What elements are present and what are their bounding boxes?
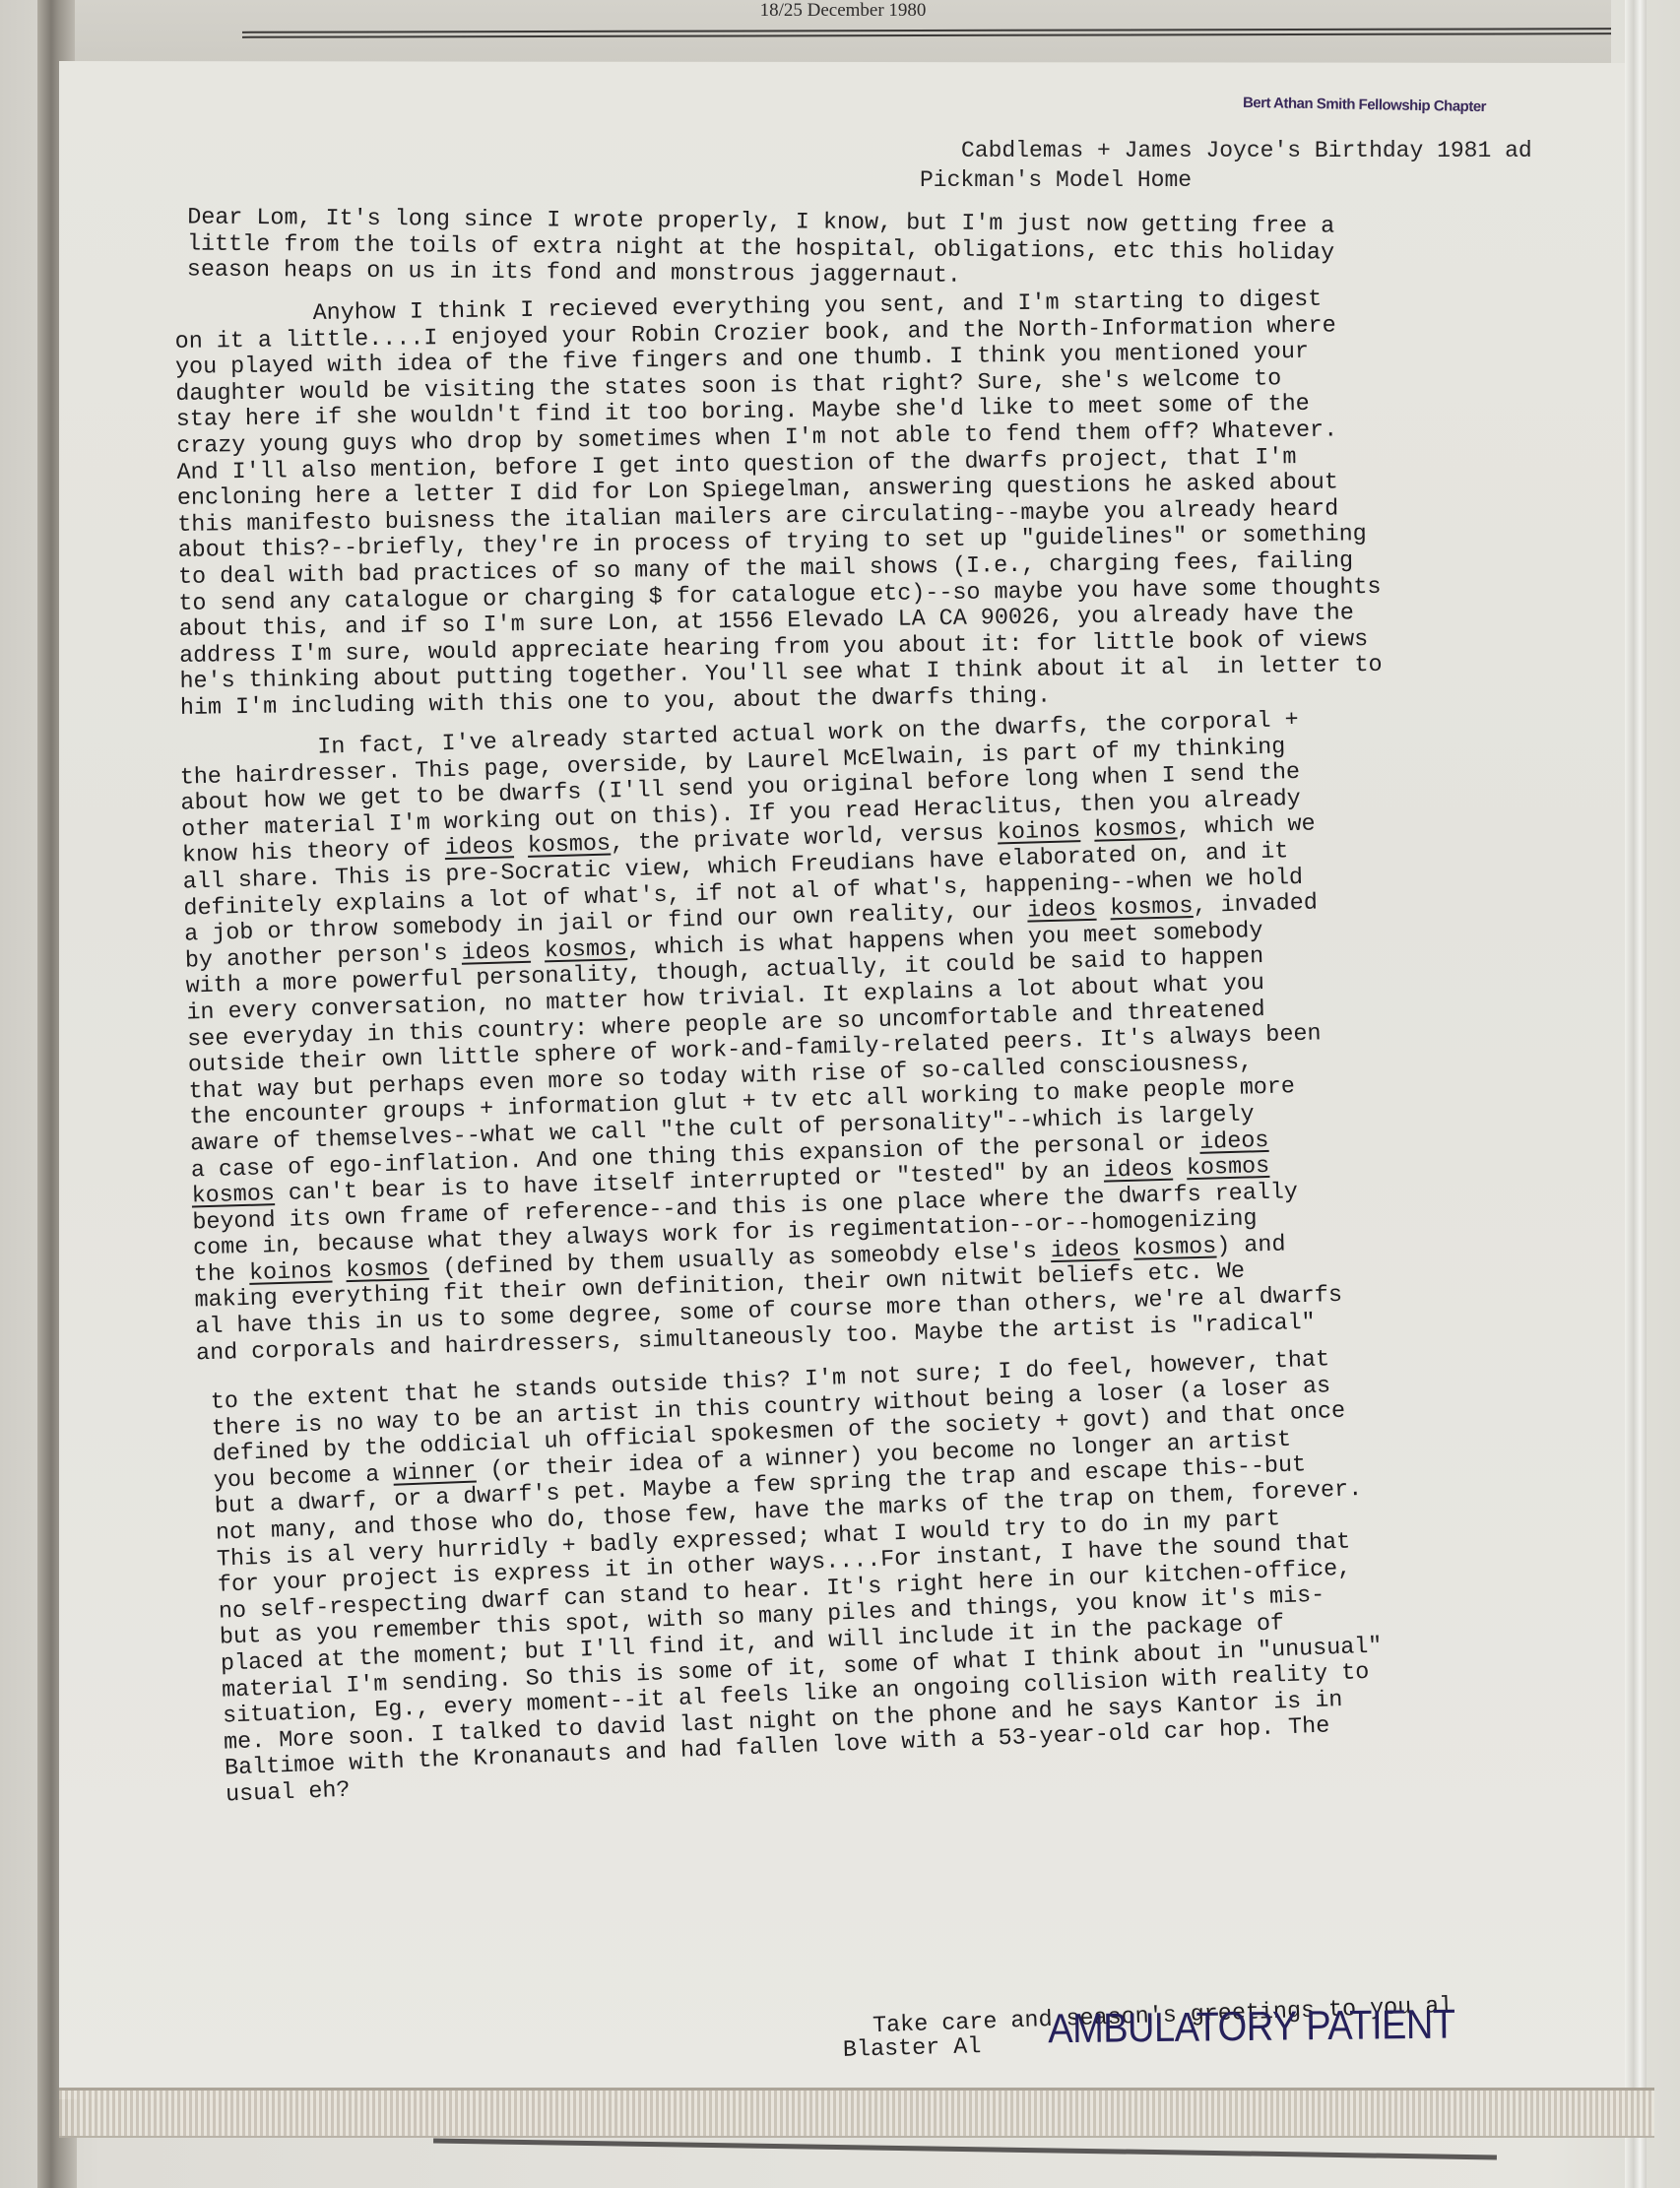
- text-segment: [1120, 1237, 1134, 1262]
- text-segment: , invaded: [1193, 891, 1318, 921]
- underlined-term: kosmos: [1094, 816, 1178, 844]
- underlined-term: kosmos: [527, 832, 611, 860]
- text-segment: [1096, 897, 1111, 923]
- plastic-sleeve-right-edge: [1625, 0, 1647, 2188]
- newsletter-date: 18/25 December 1980: [75, 0, 1611, 22]
- signature: Blaster Al: [843, 2034, 982, 2064]
- letter-dateline: Cabdlemas + James Joyce's Birthday 1981 …: [961, 138, 1532, 163]
- underlined-term: ideos: [1199, 1128, 1269, 1156]
- newsletter-double-rule: [242, 28, 1611, 38]
- underlined-term: ideos: [1051, 1237, 1121, 1264]
- paragraph-anyhow: Anyhow I think I recieved everything you…: [174, 284, 1559, 722]
- text-segment: the: [194, 1261, 250, 1289]
- underlined-term: kosmos: [1110, 894, 1194, 922]
- underlined-term: kosmos: [1133, 1235, 1217, 1262]
- underlined-term: kosmos: [191, 1183, 275, 1210]
- paragraph-greeting: Dear Lom, It's long since I wrote proper…: [187, 206, 1567, 295]
- underlined-term: kosmos: [346, 1256, 429, 1284]
- text-segment: [530, 938, 545, 964]
- underlined-term: kosmos: [1187, 1154, 1270, 1182]
- text-segment: [1080, 818, 1095, 844]
- underlined-term: ideos: [461, 939, 531, 967]
- text-segment: [513, 834, 528, 860]
- underlined-term: ideos: [1103, 1157, 1173, 1185]
- rubber-stamp-ambulatory-patient: AMBULATORY PATIENT: [1048, 2002, 1455, 2053]
- paragraph-in-fact: In fact, I've already started actual wor…: [179, 701, 1575, 1368]
- text-segment: , which we: [1177, 812, 1316, 842]
- text-segment: [332, 1258, 347, 1284]
- paragraph-in-fact-continued: to the extent that he stands outside thi…: [210, 1337, 1603, 1809]
- underlined-term: winner: [393, 1458, 477, 1487]
- underlined-term: koinos: [998, 819, 1081, 847]
- letter-place: Pickman's Model Home: [920, 167, 1192, 193]
- text-segment: [1173, 1157, 1188, 1183]
- text-segment: ) and: [1216, 1233, 1286, 1260]
- plastic-sleeve-bottom-seam: [59, 2088, 1654, 2138]
- text-segment: usual eh?: [226, 1777, 351, 1808]
- underlined-term: ideos: [444, 835, 514, 863]
- letter-body: Dear Lom, It's long since I wrote proper…: [187, 211, 1566, 1756]
- underlined-term: koinos: [249, 1259, 333, 1287]
- underlined-term: ideos: [1027, 897, 1097, 925]
- underlined-term: kosmos: [544, 936, 627, 964]
